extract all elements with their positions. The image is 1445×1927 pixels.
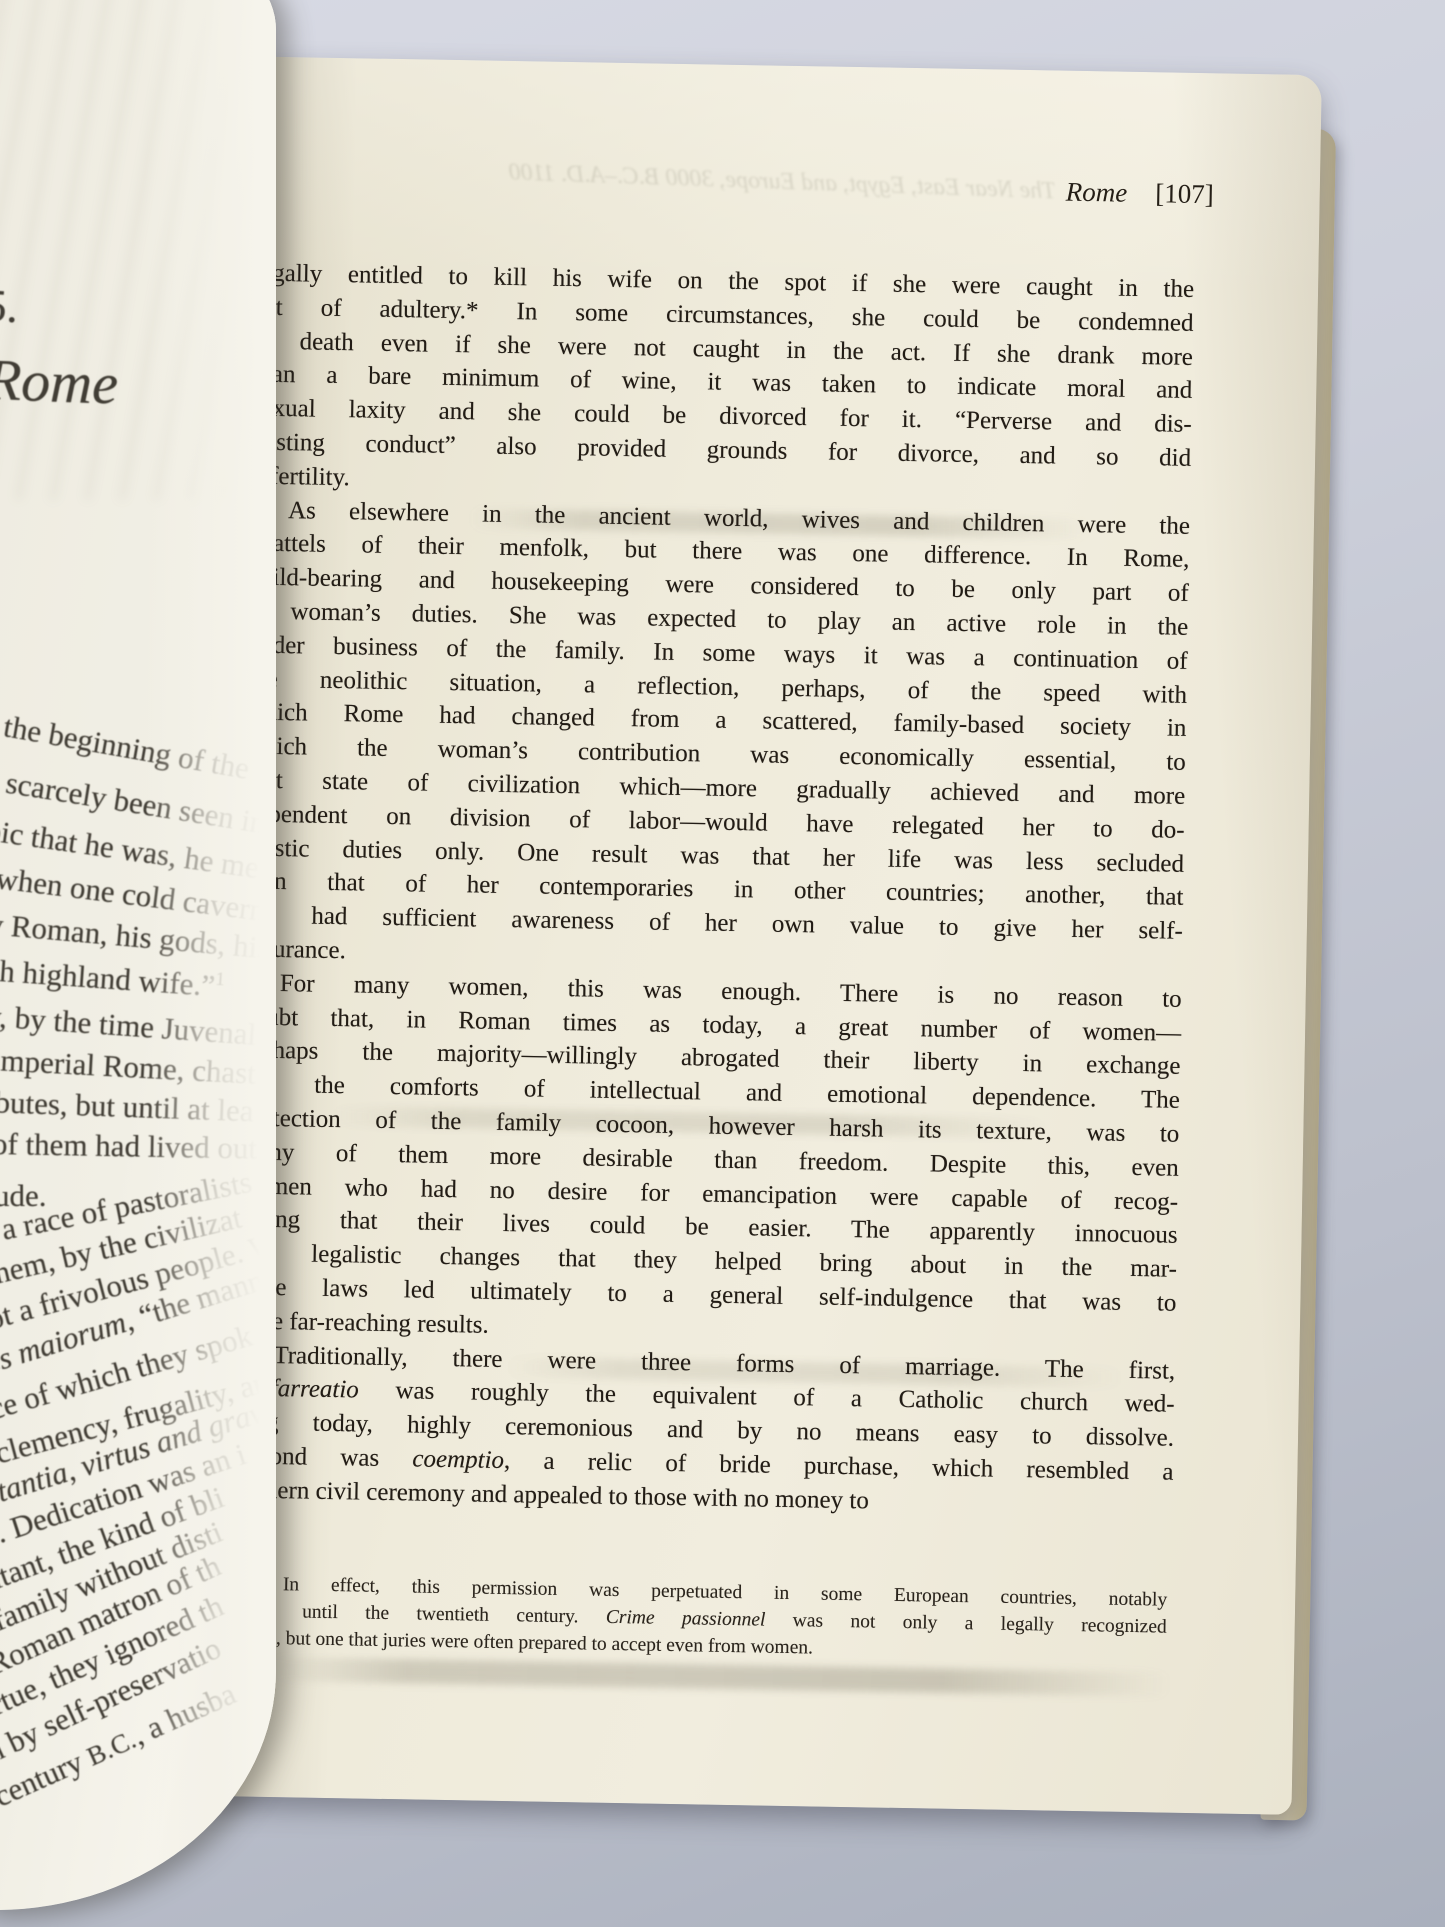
italic-text: Crime passionnel: [606, 1607, 766, 1631]
page-curl-highlight: [146, 0, 276, 1910]
body-text: legally entitled to kill his wife on the…: [233, 256, 1195, 1523]
text-run: was not only a legally recognized: [765, 1610, 1167, 1638]
paragraph-4: Traditionally, there were three forms of…: [233, 1338, 1176, 1523]
italic-text: coemptio: [412, 1445, 504, 1474]
chapter-title: Rome: [0, 346, 119, 418]
page-number: [107]: [1155, 178, 1214, 209]
paragraph-1: legally entitled to kill his wife on the…: [250, 256, 1194, 509]
right-page-surface: The Near East, Egypt, and Europe, 3000 B…: [198, 56, 1322, 1815]
paragraph-3: For many women, this was enough. There i…: [236, 966, 1182, 1354]
book-photo: The Near East, Egypt, and Europe, 3000 B…: [0, 0, 1445, 1927]
running-head-title: Rome: [1066, 177, 1128, 208]
paragraph-2: As elsewhere in the ancient world, wives…: [242, 493, 1190, 982]
right-page: The Near East, Egypt, and Europe, 3000 B…: [198, 56, 1322, 1815]
footnote: * In effect, this permission was perpetu…: [216, 1570, 1167, 1668]
left-page-curled: 5.Romethe beginning of thel scarcely bee…: [0, 0, 276, 1910]
